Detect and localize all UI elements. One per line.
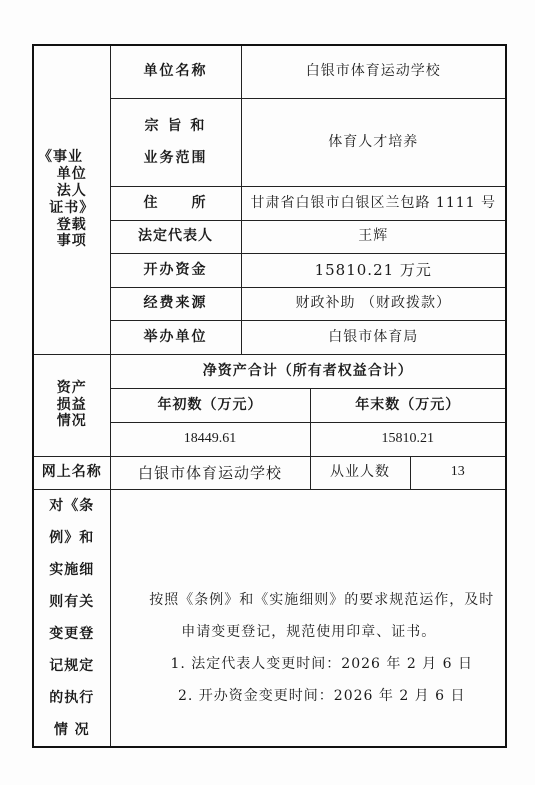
online-name-value: 白银市体育运动学校 [110, 456, 310, 489]
unit-name-label: 单位名称 [110, 45, 241, 98]
side-label-line: 则有关 [34, 586, 110, 618]
side-label-line: 资产 [34, 380, 110, 397]
row-compliance: 对《条 例》和 实施细 则有关 变更登 记规定 的执行 情 况 按照《条例》和《… [33, 489, 506, 747]
side-label-line: 记规定 [34, 650, 110, 682]
legal-rep-label: 法定代表人 [110, 220, 241, 253]
side-label-line: 例》和 [34, 522, 110, 554]
compliance-description: 按照《条例》和《实施细则》的要求规范运作，及时申请变更登记，规范使用印章、证书。… [110, 489, 506, 747]
funding-source-value: 财政补助 （财政拨款） [241, 287, 506, 320]
begin-year-value: 18449.61 [110, 422, 310, 456]
side-label-line: 事项 [34, 233, 110, 250]
end-year-value: 15810.21 [310, 422, 506, 456]
side-label-line: 情 况 [34, 714, 110, 746]
legal-rep-value: 王辉 [241, 220, 506, 253]
net-assets-header: 净资产合计（所有者权益合计） [110, 354, 506, 388]
side-label-line: 《事业 [34, 149, 110, 166]
begin-year-label: 年初数（万元） [110, 388, 310, 422]
row-online-name: 网上名称 白银市体育运动学校 从业人数 13 [33, 456, 506, 489]
address-label: 住 所 [110, 186, 241, 220]
assets-side-label: 资产 损益 情况 [33, 354, 110, 456]
sponsor-value: 白银市体育局 [241, 320, 506, 354]
funding-source-label: 经费来源 [110, 287, 241, 320]
address-value: 甘肃省白银市白银区兰包路 1111 号 [241, 186, 506, 220]
side-label-line: 登载 [34, 217, 110, 234]
row-net-assets-header: 资产 损益 情况 净资产合计（所有者权益合计） [33, 354, 506, 388]
scope-label-line: 业务范围 [111, 142, 241, 174]
sponsor-label: 举办单位 [110, 320, 241, 354]
registration-side-label: 《事业 单位 法人 证书》 登载 事项 [33, 45, 110, 354]
purpose-label-line: 宗 旨 和 [111, 110, 241, 142]
row-unit-name: 《事业 单位 法人 证书》 登载 事项 单位名称 白银市体育运动学校 [33, 45, 506, 98]
side-label-line: 实施细 [34, 554, 110, 586]
side-label-line: 变更登 [34, 618, 110, 650]
online-name-label: 网上名称 [33, 456, 110, 489]
unit-name-value: 白银市体育运动学校 [241, 45, 506, 98]
side-label-line: 单位 [34, 166, 110, 183]
side-label-line: 情况 [34, 413, 110, 430]
staff-count-label: 从业人数 [310, 456, 410, 489]
purpose-scope-value: 体育人才培养 [241, 98, 506, 186]
purpose-scope-label: 宗 旨 和 业务范围 [110, 98, 241, 186]
capital-label: 开办资金 [110, 253, 241, 287]
staff-count-value: 13 [410, 456, 506, 489]
side-label-line: 的执行 [34, 682, 110, 714]
side-label-line: 对《条 [34, 490, 110, 522]
end-year-label: 年末数（万元） [310, 388, 506, 422]
compliance-paragraph: 按照《条例》和《实施细则》的要求规范运作，及时申请变更登记，规范使用印章、证书。 [119, 584, 500, 648]
registration-table: 《事业 单位 法人 证书》 登载 事项 单位名称 白银市体育运动学校 宗 旨 和… [32, 44, 507, 748]
change-item-legal-rep: 1. 法定代表人变更时间：2026 年 2 月 6 日 [119, 648, 500, 680]
side-label-line: 法人 [34, 183, 110, 200]
document-page: 《事业 单位 法人 证书》 登载 事项 单位名称 白银市体育运动学校 宗 旨 和… [0, 0, 535, 785]
side-label-line: 损益 [34, 397, 110, 414]
capital-value: 15810.21 万元 [241, 253, 506, 287]
compliance-side-label: 对《条 例》和 实施细 则有关 变更登 记规定 的执行 情 况 [33, 489, 110, 747]
change-item-capital: 2. 开办资金变更时间：2026 年 2 月 6 日 [119, 680, 500, 712]
side-label-line: 证书》 [34, 200, 110, 217]
